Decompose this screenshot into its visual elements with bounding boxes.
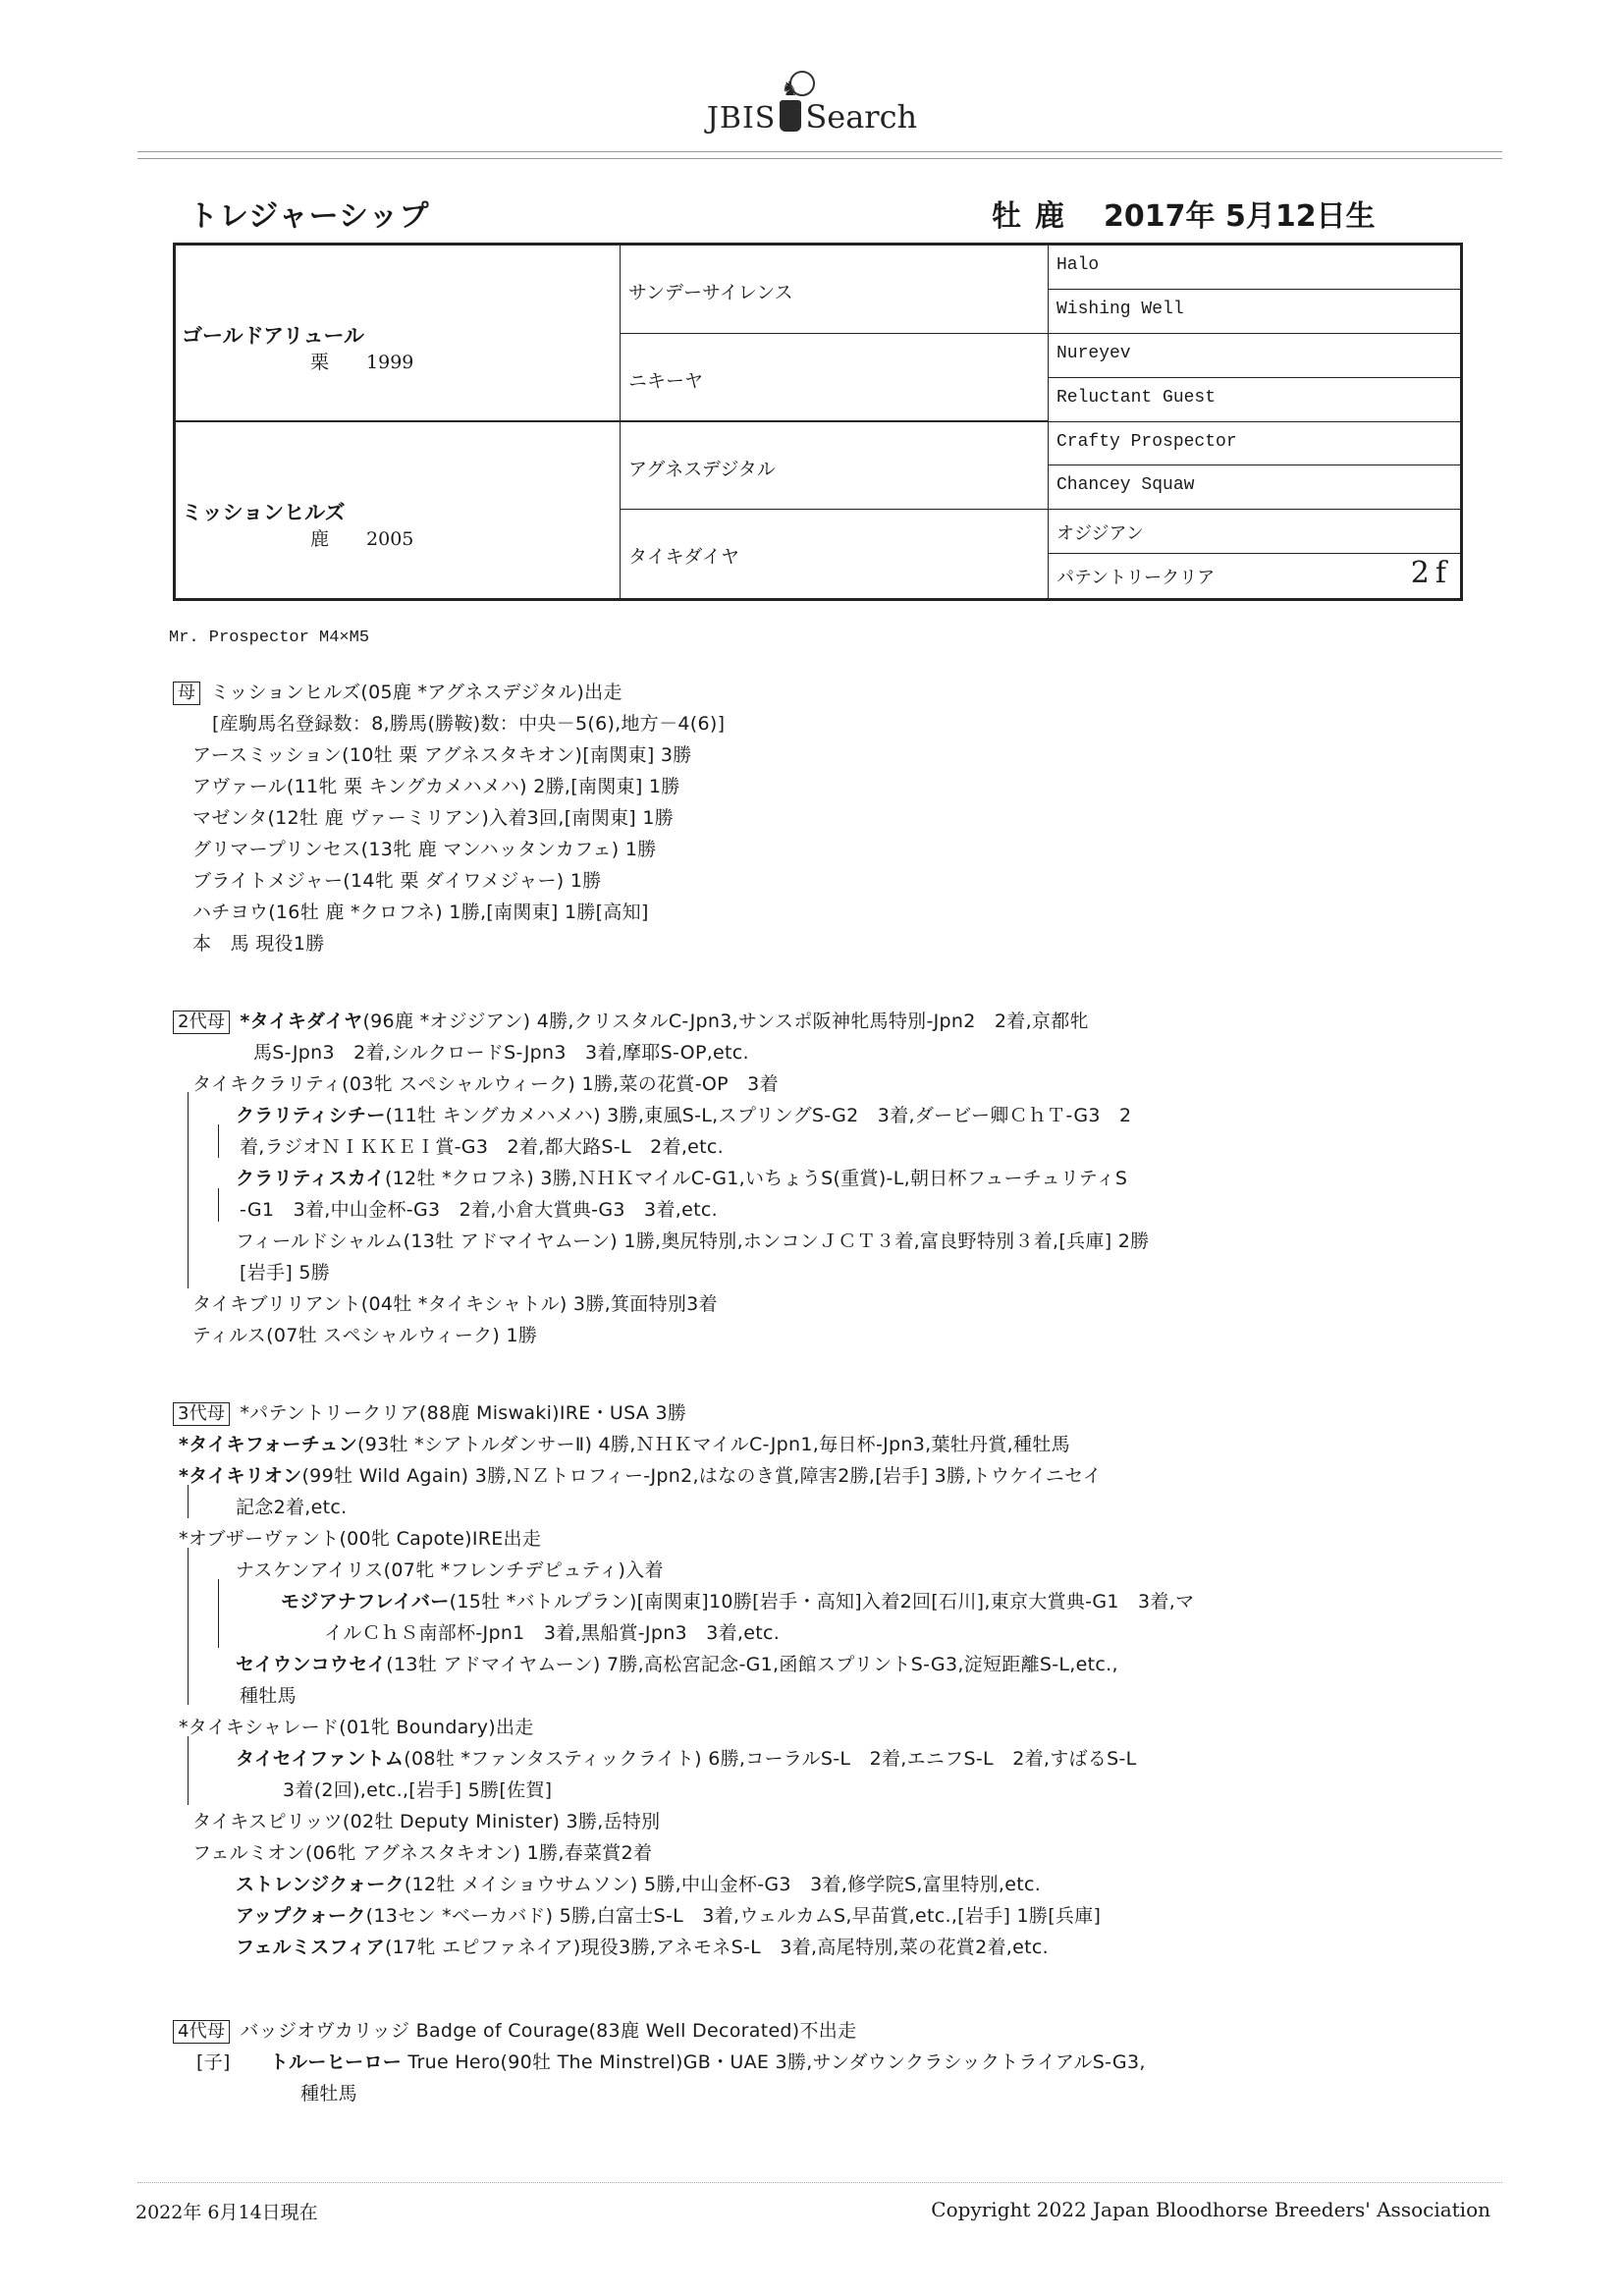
dam-line: [産駒馬名登録数：8,勝馬(勝鞍)数：中央－5(6),地方－4(6)] bbox=[212, 709, 725, 736]
pedigree-gen2: サンデーサイレンス ニキーヤ アグネスデジタル タイキダイヤ bbox=[621, 246, 1049, 598]
dam-line: 本 馬 現役1勝 bbox=[192, 929, 325, 956]
second-dam-line: 2代母*タイキダイヤ(96鹿 *オジジアン) 4勝,クリスタルC-Jpn3,サン… bbox=[173, 1007, 1089, 1034]
pedigree-cell: Chancey Squaw bbox=[1049, 465, 1460, 510]
header-divider bbox=[137, 151, 1502, 159]
line-text: (13セン *ベーカバド) 5勝,白富士S-L 3着,ウェルカムS,早苗賞,et… bbox=[366, 1905, 1102, 1927]
sire-info: 栗1999 bbox=[310, 348, 413, 374]
line-text: (96鹿 *オジジアン) 4勝,クリスタルC-Jpn3,サンスポ阪神牝馬特別-J… bbox=[362, 1011, 1088, 1032]
dam-name: ミッションヒルズ bbox=[182, 497, 346, 526]
pedigree-cell: Nureyev bbox=[1049, 334, 1460, 378]
third-dam-line: 種牡馬 bbox=[240, 1681, 297, 1708]
line-text: (17牝 エピファネイア)現役3勝,アネモネS-L 3着,高尾特別,菜の花賞2着… bbox=[385, 1937, 1049, 1958]
magnifier-icon bbox=[789, 71, 815, 96]
dam-year: 2005 bbox=[366, 528, 413, 550]
third-dam-line: 3代母*パテントリークリア(88鹿 Miswaki)IRE・USA 3勝 bbox=[173, 1398, 686, 1426]
sire-color: 栗 bbox=[310, 352, 329, 373]
section-label: 4代母 bbox=[173, 2020, 230, 2044]
third-dam-line: *タイキシャレード(01牝 Boundary)出走 bbox=[179, 1713, 534, 1739]
line-text: (93牡 *シアトルダンサーⅡ) 4勝,ＮＨＫマイルC-Jpn1,毎日杯-Jpn… bbox=[357, 1434, 1070, 1455]
line-text: (13牡 アドマイヤムーン) 7勝,高松宮記念-G1,函館スプリントS-G3,淀… bbox=[386, 1654, 1118, 1675]
gen2-name: タイキダイヤ bbox=[628, 542, 739, 569]
tree-connector bbox=[218, 1188, 219, 1222]
third-dam-line: フェルミスフィア(17牝 エピファネイア)現役3勝,アネモネS-L 3着,高尾特… bbox=[236, 1933, 1049, 1959]
horse-name-bold: タイセイファントム bbox=[236, 1748, 404, 1770]
pedigree-cell: アグネスデジタル bbox=[621, 422, 1048, 511]
pedigree-cell: Crafty Prospector bbox=[1049, 422, 1460, 466]
second-dam-line: 馬S-Jpn3 2着,シルクロードS-Jpn3 3着,摩耶S-OP,etc. bbox=[253, 1038, 749, 1065]
copyright: Copyright 2022 Japan Bloodhorse Breeders… bbox=[931, 2198, 1490, 2221]
gen3-name: パテントリークリア bbox=[1056, 564, 1215, 589]
line-text: (15牡 *バトルプラン)[南関東]10勝[岩手・高知]入着2回[石川],東京大… bbox=[450, 1591, 1195, 1613]
horse-name-bold: クラリティシチー bbox=[236, 1105, 386, 1126]
tree-connector bbox=[188, 1485, 189, 1518]
third-dam-line: *タイキリオン(99牡 Wild Again) 3勝,ＮＺトロフィー-Jpn2,… bbox=[179, 1461, 1102, 1488]
sire-year: 1999 bbox=[366, 352, 413, 373]
gen2-name: サンデーサイレンス bbox=[628, 278, 793, 304]
gen2-name: ニキーヤ bbox=[628, 366, 703, 393]
fourth-dam-line: [子]トルーヒーロー True Hero(90牡 The Minstrel)GB… bbox=[196, 2048, 1146, 2074]
pedigree-cell: ニキーヤ bbox=[621, 334, 1048, 422]
pedigree-sire: ゴールドアリュール 栗1999 bbox=[176, 246, 620, 422]
tree-connector bbox=[188, 1548, 189, 1705]
third-dam-line: セイウンコウセイ(13牡 アドマイヤムーン) 7勝,高松宮記念-G1,函館スプリ… bbox=[236, 1650, 1118, 1676]
pedigree-cell: タイキダイヤ bbox=[621, 510, 1048, 598]
third-dam-line: 3着(2回),etc.,[岩手] 5勝[佐賀] bbox=[283, 1776, 552, 1802]
horse-name-bold: モジアナフレイバー bbox=[281, 1591, 450, 1613]
dam-line: ハチヨウ(16牡 鹿 *クロフネ) 1勝,[南関東] 1勝[高知] bbox=[192, 898, 649, 924]
horse-name-bold: フェルミスフィア bbox=[236, 1937, 385, 1958]
gen2-name: アグネスデジタル bbox=[628, 455, 776, 481]
line-text: (12牡 *クロフネ) 3勝,ＮＨＫマイルC-G1,いちょうS(重賞)-L,朝日… bbox=[385, 1168, 1127, 1189]
gen3-name: Halo bbox=[1056, 255, 1099, 275]
line-text: (12牡 メイショウサムソン) 5勝,中山金杯-G3 3着,修学院S,富里特別,… bbox=[405, 1874, 1041, 1895]
fourth-dam-line: 種牡馬 bbox=[300, 2079, 357, 2105]
logo-horse-can-icon: ♞ bbox=[780, 100, 801, 132]
section-label: 3代母 bbox=[173, 1402, 230, 1426]
gen3-name: オジジアン bbox=[1056, 519, 1144, 545]
third-dam-line: ストレンジクォーク(12牡 メイショウサムソン) 5勝,中山金杯-G3 3着,修… bbox=[236, 1870, 1041, 1896]
third-dam-line: アップクォーク(13セン *ベーカバド) 5勝,白富士S-L 3着,ウェルカムS… bbox=[236, 1901, 1101, 1928]
line-text: バッジオヴカリッジ Badge of Courage(83鹿 Well Deco… bbox=[240, 2020, 856, 2042]
second-dam-line: タイキクラリティ(03牝 スペシャルウィーク) 1勝,菜の花賞-OP 3着 bbox=[192, 1069, 779, 1096]
second-dam-line: 着,ラジオＮＩＫＫＥＩ賞-G3 2着,都大路S-L 2着,etc. bbox=[240, 1132, 724, 1159]
dam-line: グリマープリンセス(13牝 鹿 マンハッタンカフェ) 1勝 bbox=[192, 835, 657, 861]
horse-name-bold: *タイキフォーチュン bbox=[179, 1434, 357, 1455]
inbreeding-note: Mr. Prospector M4×M5 bbox=[169, 629, 369, 647]
child-prefix: [子] bbox=[196, 2051, 231, 2073]
third-dam-line: フェルミオン(06牝 アグネスタキオン) 1勝,春菜賞2着 bbox=[192, 1838, 652, 1865]
second-dam-line: [岩手] 5勝 bbox=[240, 1258, 330, 1285]
dam-line: アヴァール(11牝 栗 キングカメハメハ) 2勝,[南関東] 1勝 bbox=[192, 772, 680, 798]
horse-name: トレジャーシップ bbox=[189, 191, 429, 235]
tree-connector bbox=[218, 1579, 219, 1648]
third-dam-line: ナスケンアイリス(07牝 *フレンチデピュティ)入着 bbox=[236, 1556, 664, 1582]
second-dam-line: フィールドシャルム(13牡 アドマイヤムーン) 1勝,奥尻特別,ホンコンＪＣＴ３… bbox=[236, 1227, 1149, 1253]
horse-name-bold: アップクォーク bbox=[236, 1905, 366, 1927]
dam-line: ミッションヒルズ(05鹿 *アグネスデジタル)出走 bbox=[210, 682, 622, 703]
pedigree-cell: パテントリークリア2f bbox=[1049, 554, 1460, 598]
pedigree-cell: Wishing Well bbox=[1049, 290, 1460, 334]
second-dam-line: -G1 3着,中山金杯-G3 2着,小倉大賞典-G3 3着,etc. bbox=[240, 1195, 718, 1222]
tree-connector bbox=[188, 1092, 189, 1288]
line-text: True Hero(90牡 The Minstrel)GB・UAE 3勝,サンダ… bbox=[402, 2051, 1146, 2073]
as-of-date: 2022年 6月14日現在 bbox=[135, 2198, 318, 2224]
logo-text-jbis: JBIS bbox=[707, 101, 776, 136]
footer-divider bbox=[137, 2182, 1502, 2183]
gen3-name: Crafty Prospector bbox=[1056, 432, 1237, 452]
dam-line: ブライトメジャー(14牝 栗 ダイワメジャー) 1勝 bbox=[192, 866, 602, 893]
third-dam-line: モジアナフレイバー(15牡 *バトルプラン)[南関東]10勝[岩手・高知]入着2… bbox=[281, 1587, 1194, 1613]
pedigree-cell: サンデーサイレンス bbox=[621, 246, 1048, 334]
line-text: *パテントリークリア(88鹿 Miswaki)IRE・USA 3勝 bbox=[240, 1402, 686, 1424]
pedigree-gen3: Halo Wishing Well Nureyev Reluctant Gues… bbox=[1049, 246, 1460, 598]
jbis-search-logo: JBIS ♞ Search bbox=[0, 98, 1624, 147]
pedigree-dam: ミッションヒルズ 鹿2005 bbox=[176, 422, 620, 599]
dam-line: マゼンタ(12牡 鹿 ヴァーミリアン)入着3回,[南関東] 1勝 bbox=[192, 803, 674, 830]
line-text: (99牡 Wild Again) 3勝,ＮＺトロフィー-Jpn2,はなのき賞,障… bbox=[301, 1465, 1102, 1487]
third-dam-line: イルＣｈＳ南部杯-Jpn1 3着,黒船賞-Jpn3 3着,etc. bbox=[324, 1618, 780, 1645]
third-dam-line: *タイキフォーチュン(93牡 *シアトルダンサーⅡ) 4勝,ＮＨＫマイルC-Jp… bbox=[179, 1430, 1070, 1456]
third-dam-line: 記念2着,etc. bbox=[236, 1493, 347, 1519]
dam-info: 鹿2005 bbox=[310, 524, 413, 551]
tree-connector bbox=[188, 1736, 189, 1805]
second-dam-line: クラリティシチー(11牡 キングカメハメハ) 3勝,東風S-L,スプリングS-G… bbox=[236, 1101, 1131, 1127]
gen3-name: Wishing Well bbox=[1056, 300, 1184, 319]
gen3-name: Chancey Squaw bbox=[1056, 475, 1194, 495]
pedigree-gen1: ゴールドアリュール 栗1999 ミッションヒルズ 鹿2005 bbox=[176, 246, 621, 598]
horse-name-bold: トルーヒーロー bbox=[270, 2051, 402, 2073]
section-label: 2代母 bbox=[173, 1011, 230, 1034]
dam-heading: 母ミッションヒルズ(05鹿 *アグネスデジタル)出走 bbox=[173, 678, 623, 705]
pedigree-cell: オジジアン bbox=[1049, 510, 1460, 554]
third-dam-line: タイキスピリッツ(02牡 Deputy Minister) 3勝,岳特別 bbox=[192, 1807, 661, 1833]
horse-color: 鹿 bbox=[1035, 199, 1064, 234]
third-dam-line: *オブザーヴァント(00牝 Capote)IRE出走 bbox=[179, 1524, 541, 1551]
second-dam-line: タイキブリリアント(04牡 *タイキシャトル) 3勝,箕面特別3着 bbox=[192, 1289, 718, 1316]
dam-line: アースミッション(10牡 栗 アグネスタキオン)[南関東] 3勝 bbox=[192, 740, 692, 767]
line-text: (11牡 キングカメハメハ) 3勝,東風S-L,スプリングS-G2 3着,ダービ… bbox=[386, 1105, 1132, 1126]
horse-name-bold: *タイキダイヤ bbox=[240, 1011, 362, 1032]
section-label: 母 bbox=[173, 682, 200, 705]
horse-meta: 牡鹿2017年 5月12日生 bbox=[992, 191, 1389, 235]
gen3-name: Nureyev bbox=[1056, 344, 1131, 363]
pedigree-cell: Reluctant Guest bbox=[1049, 378, 1460, 422]
gen3-name: Reluctant Guest bbox=[1056, 388, 1216, 408]
dam-color: 鹿 bbox=[310, 528, 329, 550]
horse-name-bold: クラリティスカイ bbox=[236, 1168, 385, 1189]
horse-sex: 牡 bbox=[992, 199, 1021, 234]
tree-connector bbox=[218, 1124, 219, 1158]
fourth-dam-line: 4代母バッジオヴカリッジ Badge of Courage(83鹿 Well D… bbox=[173, 2016, 856, 2044]
second-dam-line: クラリティスカイ(12牡 *クロフネ) 3勝,ＮＨＫマイルC-G1,いちょうS(… bbox=[236, 1164, 1127, 1190]
second-dam-line: ティルス(07牡 スペシャルウィーク) 1勝 bbox=[192, 1321, 537, 1347]
horse-name-bold: セイウンコウセイ bbox=[236, 1654, 386, 1675]
family-number: 2f bbox=[1411, 556, 1452, 590]
horse-name-bold: ストレンジクォーク bbox=[236, 1874, 405, 1895]
pedigree-table: ゴールドアリュール 栗1999 ミッションヒルズ 鹿2005 サンデーサイレンス… bbox=[173, 243, 1463, 601]
horse-birthdate: 2017年 5月12日生 bbox=[1104, 199, 1376, 234]
horse-name-bold: *タイキリオン bbox=[179, 1465, 301, 1487]
line-text: (08牡 *ファンタスティックライト) 6勝,コーラルS-L 2着,エニフS-L… bbox=[404, 1748, 1136, 1770]
logo-text-search: Search bbox=[805, 98, 917, 136]
third-dam-line: タイセイファントム(08牡 *ファンタスティックライト) 6勝,コーラルS-L … bbox=[236, 1744, 1137, 1771]
pedigree-cell: Halo bbox=[1049, 246, 1460, 290]
sire-name: ゴールドアリュール bbox=[182, 320, 364, 350]
